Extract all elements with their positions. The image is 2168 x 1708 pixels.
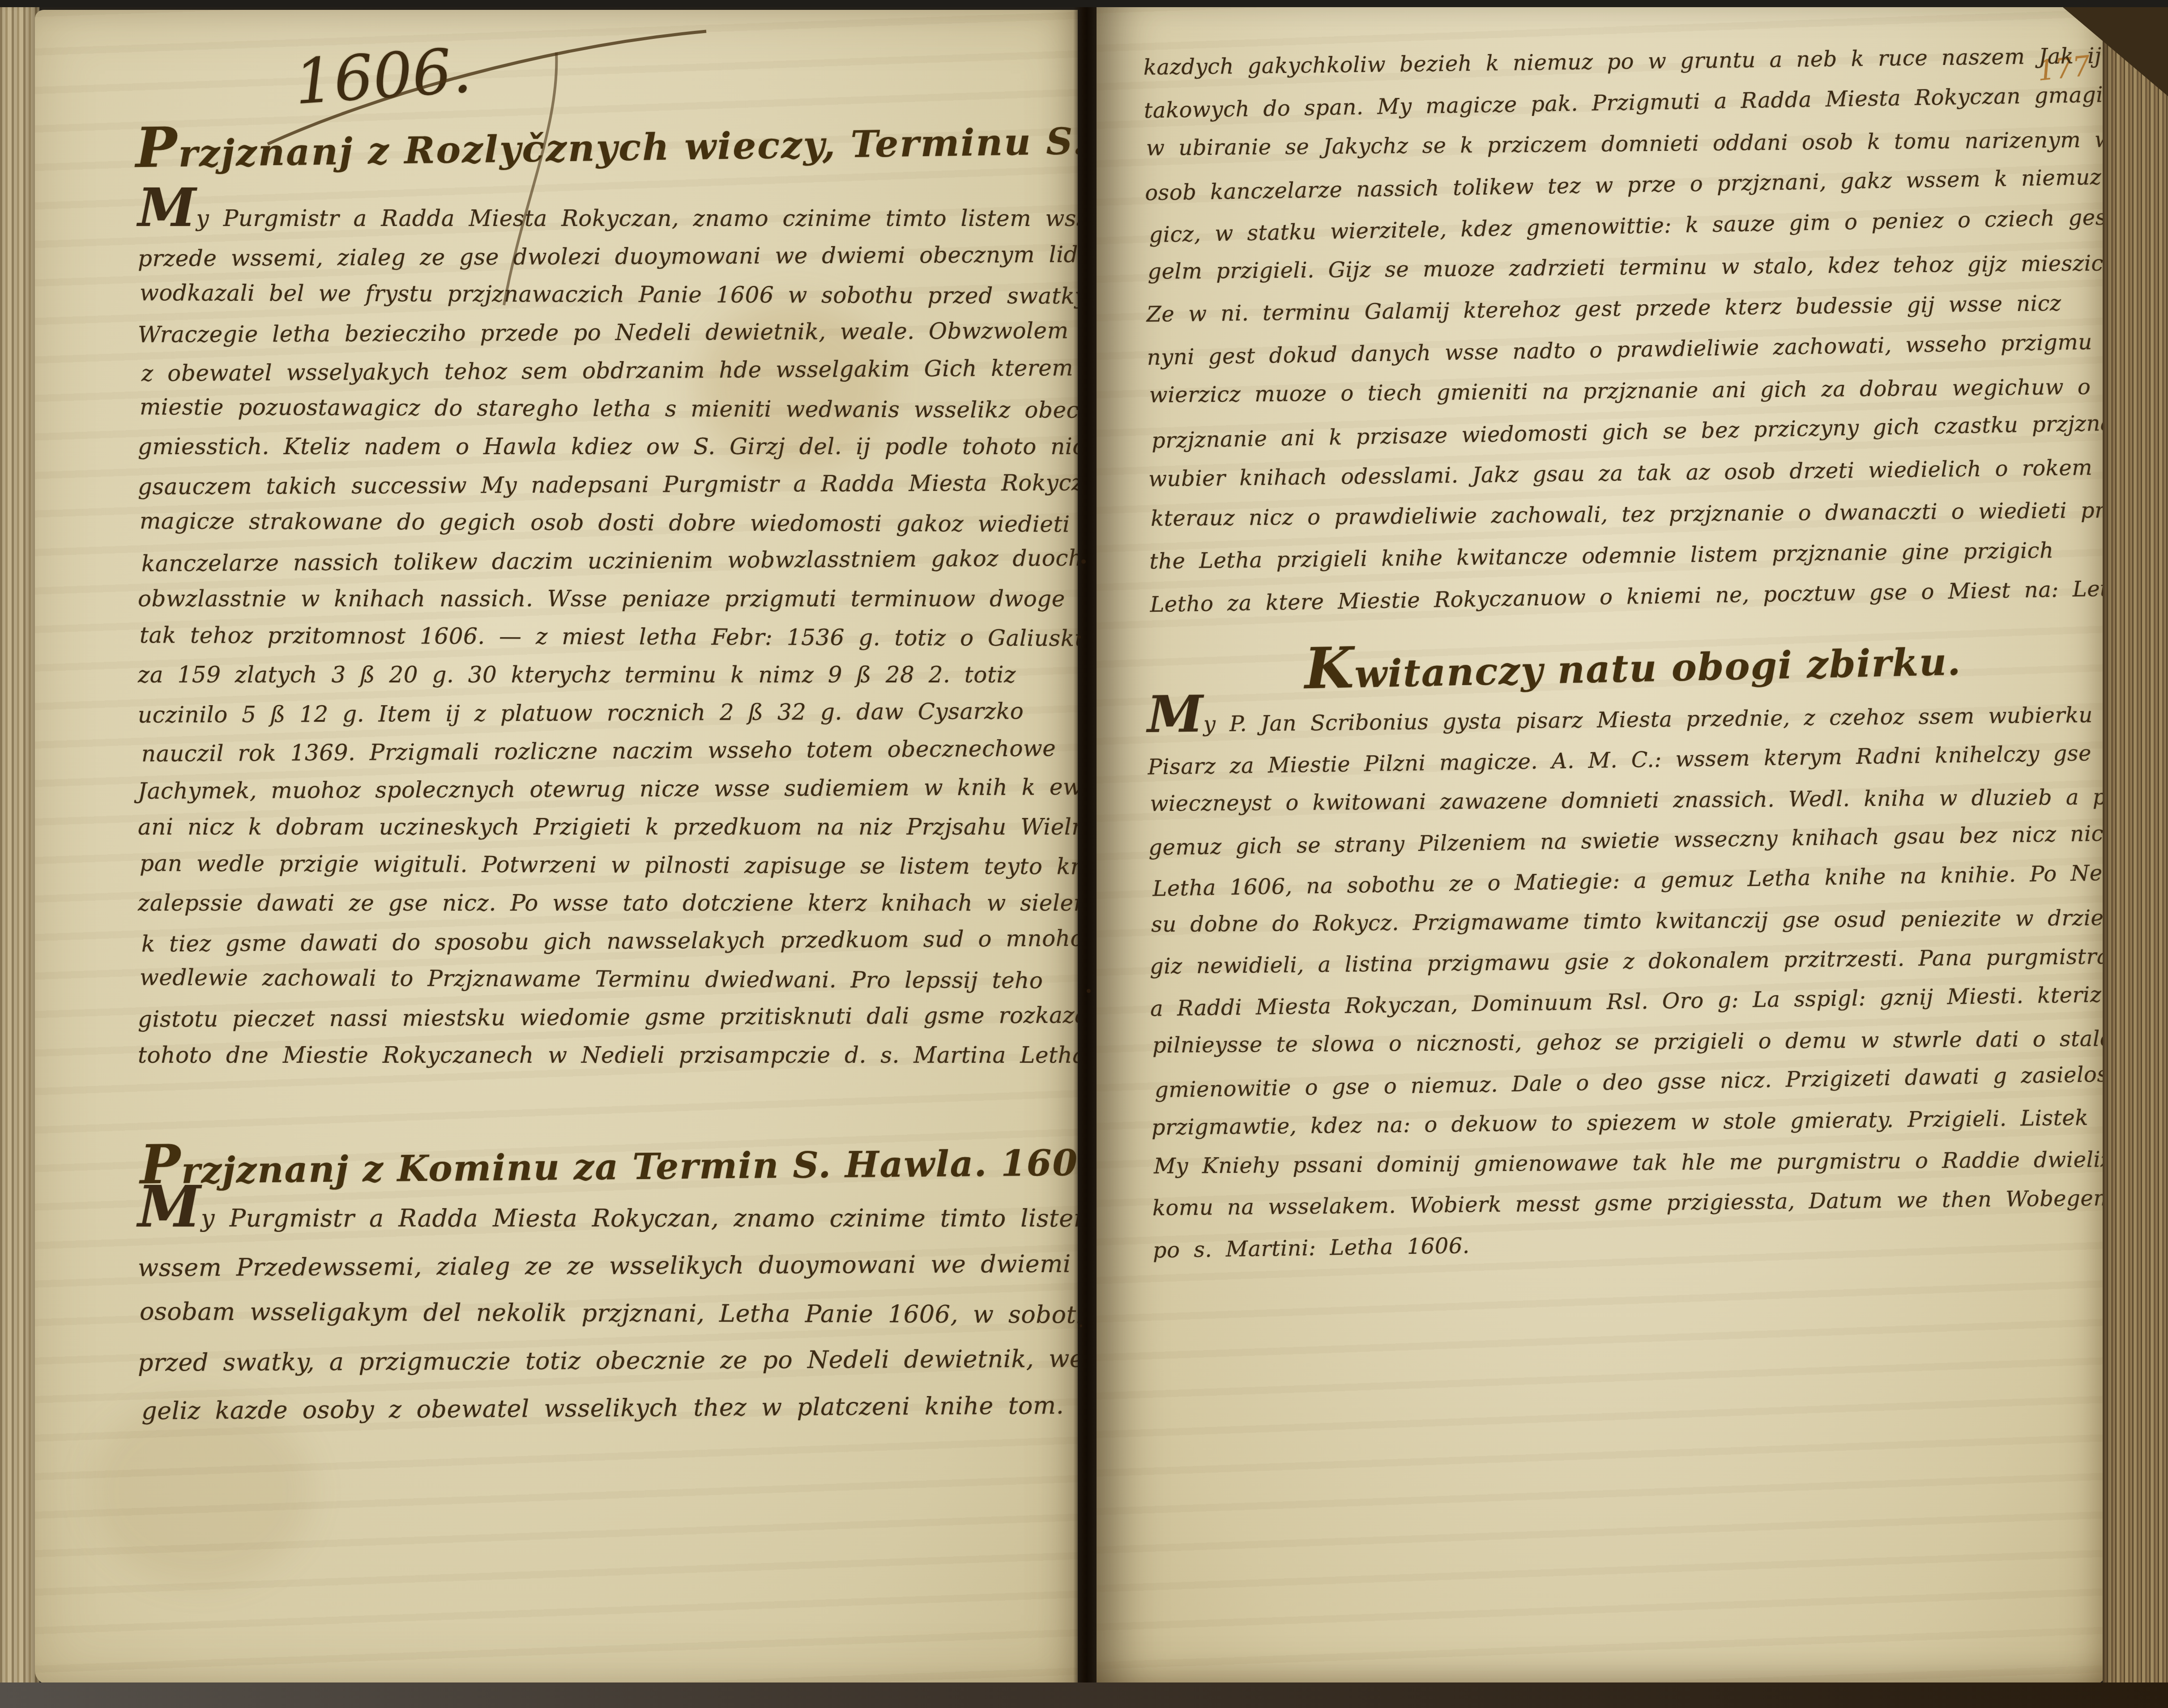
manuscript-line: wodkazali bel we frystu przjznawaczich P… [140,274,1078,315]
fore-edge [2103,0,2168,1708]
ink-speck [1081,559,1086,564]
manuscript-line: tohoto dne Miestie Rokyczanech w Nedieli… [138,1036,1078,1074]
manuscript-line: geliz kazde osoby z obewatel wsselikych … [141,1381,1078,1435]
manuscript-line: magicze strakowane do gegich osob dosti … [140,502,1078,544]
manuscript-line: gelm przigieli. Gijz se muoze zadrzieti … [1148,243,2083,292]
scan-background-bottom [0,1682,2168,1708]
ink-speck [1087,989,1091,993]
manuscript-line: za 159 zlatych 3 ß 20 g. 30 kterychz ter… [138,656,1078,694]
right-paragraph-1: kazdych gakychkoliw bezieh k niemuz po w… [1143,35,2086,623]
manuscript-line: przed swatky, a przigmuczie totiz obeczn… [138,1335,1078,1386]
manuscript-line: nauczil rok 1369. Przigmali rozliczne na… [141,729,1078,773]
section-heading-rozlicne-wieczy: Przjznanj z Rozlyčznych wieczy, Terminu … [135,118,1078,176]
manuscript-line: My Purgmistr a Radda Miesta Rokyczan, zn… [138,1195,1078,1242]
manuscript-line: obwzlasstnie w knihach nassich. Wsse pen… [138,580,1078,618]
ink-speck [1078,635,1081,639]
manuscript-line: kterauz nicz o prawdieliwie zachowali, t… [1151,490,2087,539]
binding-page-stack [0,0,39,1708]
scan-background-top [0,0,2168,7]
ink-speck [1080,1325,1082,1327]
book-spread: 1606. Przjznanj z Rozlyčznych wieczy, Te… [0,0,2168,1708]
manuscript-line: gistotu pieczet nassi miestsku wiedomie … [138,996,1078,1038]
manuscript-line: My Purgmistr a Radda Miesta Rokyczan, zn… [138,200,1078,238]
manuscript-line: k tiez gsme dawati do sposobu gich nawss… [141,919,1078,963]
manuscript-line: uczinilo 5 ß 12 g. Item ij z platuow roc… [138,692,1078,734]
manuscript-line: tak tehoz przitomnost 1606. — z miest le… [140,616,1078,658]
left-paragraph-2: My Purgmistr a Radda Miesta Rokyczan, zn… [138,1195,1078,1432]
manuscript-line: z obewatel wsselyakych tehoz sem obdrzan… [141,349,1078,392]
manuscript-line: gsauczem takich successiw My nadepsani P… [138,464,1078,506]
manuscript-line: ani nicz k dobram uczineskych Przigieti … [138,808,1078,846]
manuscript-line: miestie pozuostawagicz do staregho letha… [140,388,1078,430]
manuscript-line: zalepssie dawati ze gse nicz. Po wsse ta… [138,884,1078,922]
year-heading: 1606. [292,34,474,118]
manuscript-line: Wraczegie letha beziecziho przede po Ned… [138,311,1078,354]
manuscript-line: wedlewie zachowali to Przjznawame Termin… [140,958,1078,1000]
manuscript-line: gmiesstich. Kteliz nadem o Hawla kdiez o… [138,428,1078,466]
left-page: 1606. Przjznanj z Rozlyčznych wieczy, Te… [35,10,1078,1684]
manuscript-line: osobam wsseligakym del nekolik przjznani… [140,1288,1078,1339]
manuscript-line: wssem Przedewssemi, zialeg ze ze wsselik… [138,1240,1078,1291]
manuscript-line: kanczelarze nassich tolikew daczim uczin… [141,539,1078,583]
manuscript-line: przede wssemi, zialeg ze gse dwolezi duo… [138,235,1078,277]
manuscript-line: Jachymek, muohoz spolecznych otewrug nic… [138,768,1078,810]
manuscript-line: su dobne do Rokycz. Przigmawame timto kw… [1151,898,2087,945]
gutter-shadow [1073,0,1097,1708]
manuscript-line: My Kniehy pssani dominij gmienowawe tak … [1153,1140,2089,1187]
section-heading-kominu: Przjznanj z Kominu za Termin S. Hawla. 1… [140,1141,1078,1192]
left-paragraph-1: My Purgmistr a Radda Miesta Rokyczan, zn… [138,200,1078,1074]
manuscript-line: pan wedle przigie wigituli. Potwrzeni w … [140,844,1078,886]
right-paragraph-2: My P. Jan Scribonius gysta pisarz Miesta… [1147,695,2089,1309]
